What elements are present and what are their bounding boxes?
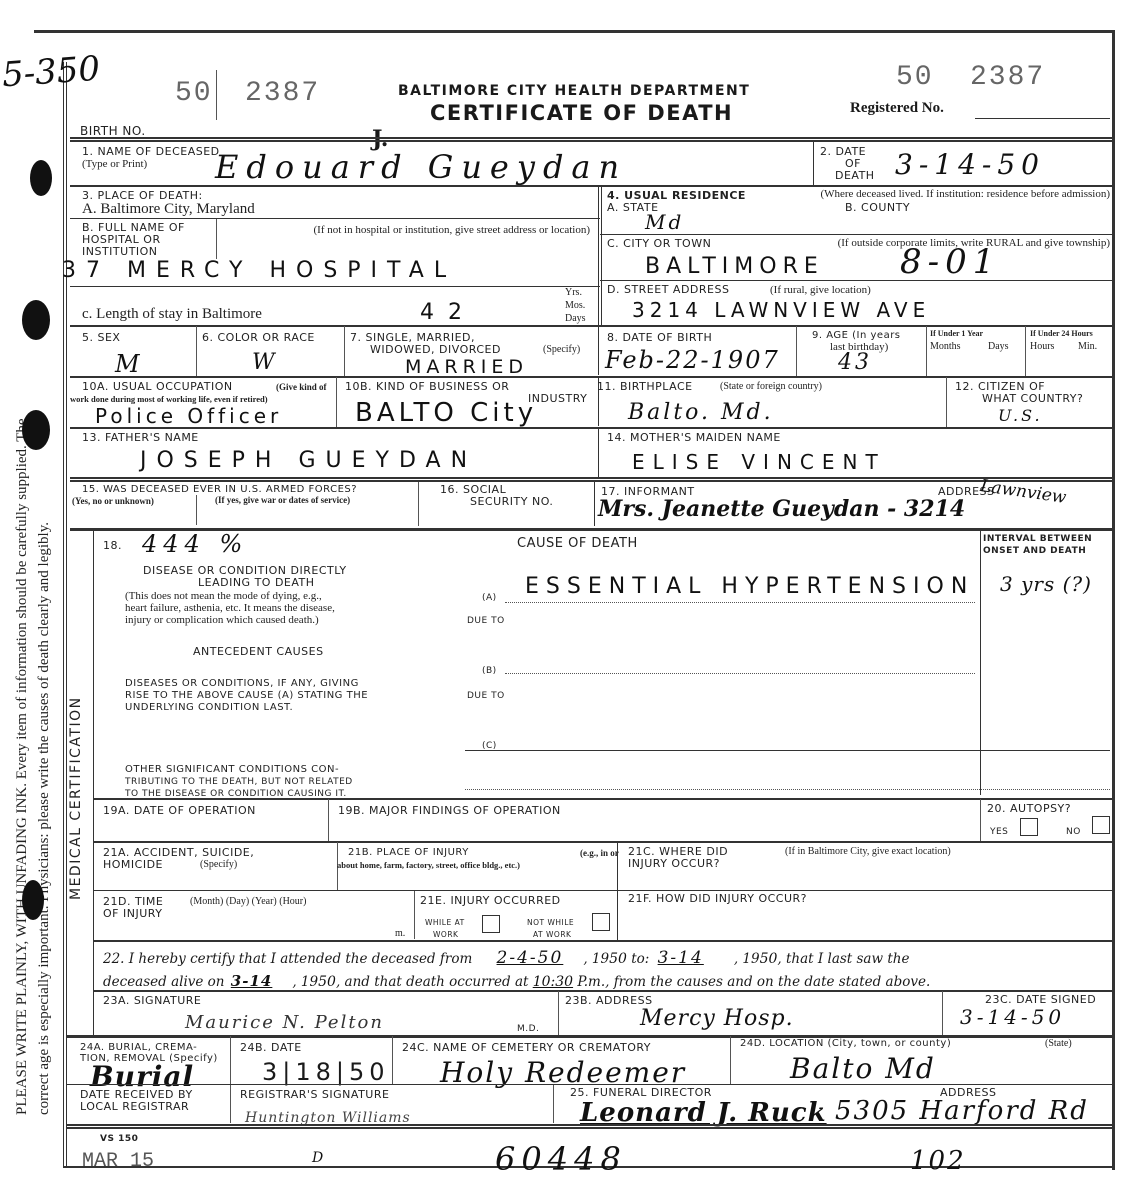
date-received-label-2: LOCAL REGISTRAR [80,1101,189,1113]
disease-note-2: heart failure, asthenia, etc. It means t… [125,602,335,614]
divider [980,530,981,795]
header-divider [70,137,1112,142]
birth-no-year: 50 [175,78,213,109]
divider [946,377,947,427]
certification-line-1: 22. I hereby certify that I attended the… [103,948,909,968]
burial-date-label: 24B. DATE [240,1042,302,1054]
registered-label: Registered No. [850,100,944,117]
divider [93,890,1112,891]
state-value[interactable]: Md [645,210,684,234]
antecedent-label: ANTECEDENT CAUSES [193,646,324,658]
date-signed-value[interactable]: 3-14-50 [960,1005,1065,1029]
received-stamp: MAR 15 [82,1150,154,1173]
under-1-year-label: If Under 1 Year [930,328,983,340]
conditions-line-2: RISE TO THE ABOVE CAUSE (A) STATING THE [125,690,368,702]
autopsy-yes-label: YES [990,826,1008,838]
divider [1025,326,1026,376]
certification-line-2: deceased alive on 3-14, 1950, and that d… [103,972,930,990]
marital-specify: (Specify) [543,344,580,356]
cause-b-line [505,673,975,674]
birth-no-label: BIRTH NO. [80,125,146,137]
divider [598,427,599,479]
divider [70,325,1112,327]
injury-d-columns: (Month) (Day) (Year) (Hour) [190,896,306,908]
divider [594,482,595,526]
business-label-1: 10B. KIND OF BUSINESS OR [345,381,509,393]
disease-note-1: (This does not mean the mode of dying, e… [125,590,322,602]
ward-value[interactable]: 8-01 [900,242,1000,282]
occupation-value[interactable]: Police Officer [95,404,282,428]
divider [70,185,1112,187]
divider [216,70,217,120]
divider [598,185,602,325]
injury-e-label: 21E. INJURY OCCURRED [420,895,561,907]
divider [558,991,559,1035]
date-of-death-value[interactable]: 3-14-50 [895,148,1045,181]
cert-text: , 19 [583,951,609,967]
medical-certification-label: MEDICAL CERTIFICATION [68,696,84,900]
divider [414,891,415,939]
cause-a-value[interactable]: ESSENTIAL HYPERTENSION [525,574,974,599]
residence-note: (Where deceased lived. If institution: r… [785,188,1110,200]
certificate-title: CERTIFICATE OF DEATH [430,101,733,125]
age-days-label: Days [988,341,1009,353]
injury-c-label-2: INJURY OCCUR? [628,858,720,870]
injury-c-note: (If in Baltimore City, give exact locati… [785,846,951,858]
autopsy-yes-checkbox[interactable] [1020,818,1038,836]
divider [70,218,600,219]
mother-label: 14. MOTHER'S MAIDEN NAME [607,432,781,444]
corner-handwritten-number: 5-350 [1,49,102,96]
attended-to-value[interactable]: 3-14 [654,948,734,968]
form-number: VS 150 [100,1133,138,1145]
name-value[interactable]: Edouard Gueydan [215,148,627,186]
other-line-2: TRIBUTING TO THE DEATH, BUT NOT RELATED [125,776,353,788]
divider [730,1036,731,1084]
not-while-at-work-checkbox[interactable] [592,913,610,931]
last-seen-year[interactable]: 50 [318,974,336,990]
stay-unit-mos: Mos. [565,300,585,312]
cemetery-label: 24C. NAME OF CEMETERY OR CREMATORY [402,1042,651,1054]
divider [942,991,943,1035]
birthplace-label: 11. BIRTHPLACE [597,381,693,393]
street-label: D. STREET ADDRESS [607,284,729,296]
birth-no-number: 2387 [245,78,320,109]
place-of-death-a: A. Baltimore City, Maryland [82,201,255,217]
cause-title: CAUSE OF DEATH [517,538,638,550]
divider [66,1124,1112,1129]
city-label: C. CITY OR TOWN [607,238,711,250]
father-label: 13. FATHER'S NAME [82,432,199,444]
mother-value[interactable]: ELISE VINCENT [632,450,886,474]
other-conditions-line [465,789,1110,790]
other-line-1: OTHER SIGNIFICANT CONDITIONS CON- [125,764,339,776]
divider [598,325,599,375]
footer-number: 60448 [495,1140,627,1178]
injury-b-note-2: about home, farm, factory, street, offic… [337,859,520,871]
ink-blot [22,300,50,340]
cert-text: 22. I hereby certify that I attended the… [103,951,472,967]
cert-text: to: [627,951,649,967]
cert-text: , 19 [292,974,318,990]
divider [617,842,618,940]
divider [418,482,419,526]
interval-value[interactable]: 3 yrs (?) [1000,572,1092,596]
divider [93,990,1112,992]
occupation-note-1: (Give kind of [276,381,327,393]
divider [600,234,1112,235]
attended-from-value[interactable]: 2-4-50 [477,948,584,968]
citizen-label-2: WHAT COUNTRY? [982,393,1083,405]
footer-number-2: 102 [910,1146,966,1176]
last-seen-value[interactable]: 3-14 [229,972,293,990]
side-instructions-line2: correct age is especially important. Phy… [36,522,53,1115]
birthplace-note: (State or foreign country) [720,381,822,393]
conditions-line-1: DISEASES OR CONDITIONS, IF ANY, GIVING [125,678,359,690]
cert-text: , 19 [734,951,760,967]
marital-label-2: WIDOWED, DIVORCED [370,344,501,356]
length-of-stay-value[interactable]: 42 [420,300,476,325]
ink-blot [22,410,50,450]
disease-line-2: LEADING TO DEATH [198,577,315,589]
disease-note-3: injury or complication which caused deat… [125,614,319,626]
signature-label: 23A. SIGNATURE [103,995,201,1007]
hospital-value[interactable]: 37 MERCY HOSPITAL [62,258,456,283]
name-sublabel: (Type or Print) [82,158,147,170]
operation-date-label: 19A. DATE OF OPERATION [103,805,256,817]
injury-d-m: m. [395,928,405,940]
department-name: BALTIMORE CITY HEALTH DEPARTMENT [398,83,750,99]
age-value[interactable]: 43 [838,350,872,375]
county-label: B. COUNTY [845,202,910,214]
divider [553,1085,554,1123]
divider [216,219,217,259]
sex-label: 5. SEX [82,332,120,344]
md-label: M.D. [517,1023,539,1035]
father-value[interactable]: JOSEPH GUEYDAN [140,448,477,473]
conditions-line-3: UNDERLYING CONDITION LAST. [125,702,293,714]
divider [93,798,1112,800]
autopsy-no-label: NO [1066,826,1081,838]
cause-a-label: (A) [482,592,497,604]
hospital-label-3: INSTITUTION [82,246,158,258]
stay-unit-days: Days [565,313,586,325]
sex-value[interactable]: M [115,350,143,378]
interval-label-1: INTERVAL BETWEEN [983,533,1092,545]
divider [336,377,337,427]
interval-label-2: ONSET AND DEATH [983,545,1086,557]
divider [70,286,600,287]
race-label: 6. COLOR OR RACE [202,332,315,344]
divider [980,799,981,841]
under-24-hours-label: If Under 24 Hours [1030,328,1093,340]
location-label: 24D. LOCATION (City, town, or county) [740,1038,951,1050]
operation-findings-label: 19B. MAJOR FINDINGS OF OPERATION [338,805,561,817]
dod-label-3: DEATH [835,170,875,182]
race-value[interactable]: W [252,350,278,375]
occupation-label: 10A. USUAL OCCUPATION [82,381,233,393]
armed-forces-note-1: (Yes, no or unknown) [72,495,154,507]
burial-date-value[interactable]: 3|18|50 [262,1058,390,1086]
frame-top [34,30,1114,33]
armed-forces-note-2: (If yes, give war or dates of service) [215,494,350,506]
frame-left [63,62,67,1167]
due-to-1: DUE TO [467,615,505,627]
dob-value[interactable]: Feb-22-1907 [605,346,780,374]
divider [328,799,329,841]
funeral-address-value[interactable]: 5305 Harford Rd [835,1096,1089,1126]
cause-a-line [505,602,975,603]
ink-blot [22,880,44,920]
divider [70,427,1112,429]
dob-label: 8. DATE OF BIRTH [607,332,712,344]
divider [344,326,345,376]
autopsy-label: 20. AUTOPSY? [987,803,1071,815]
informant-value[interactable]: Mrs. Jeanette Gueydan - 3214 [598,496,965,522]
divider [93,940,1112,942]
cause-code: 444 % [142,530,248,558]
frame-right [1112,30,1115,1170]
city-value[interactable]: BALTIMORE [645,254,824,279]
divider [392,1036,393,1084]
side-instructions-line1: PLEASE WRITE PLAINLY, WITH UNFADING INK.… [14,418,31,1115]
registered-number: 2387 [970,62,1045,93]
attended-from-year[interactable]: 50 [609,951,627,967]
due-to-2: DUE TO [467,690,505,702]
location-value[interactable]: Balto Md [790,1052,936,1085]
location-state-label: (State) [1045,1038,1072,1050]
injury-e-while-1: WHILE AT [425,917,465,929]
while-at-work-checkbox[interactable] [482,915,500,933]
injury-b-label: 21B. PLACE OF INJURY [348,847,469,859]
injury-a-label-2: HOMICIDE [103,859,163,871]
age-months-label: Months [930,341,961,353]
attended-to-year[interactable]: 50 [760,951,778,967]
injury-e-notwhile-1: NOT WHILE [527,917,574,929]
cert-text: deceased alive on [103,974,225,990]
name-label: 1. NAME OF DECEASED [82,146,220,158]
citizen-value[interactable]: U.S. [998,406,1043,425]
injury-f-label: 21F. HOW DID INJURY OCCUR? [628,893,807,905]
cert-text: P.m., from the causes and on the date st… [577,974,930,990]
divider [93,841,1112,843]
divider [230,1036,231,1084]
footer-mark: D [312,1150,326,1166]
injury-d-label-2: OF INJURY [103,908,162,920]
length-of-stay-label: c. Length of stay in Baltimore [82,306,262,322]
physician-signature[interactable]: Maurice N. Pelton [185,1012,384,1033]
injury-a-specify: (Specify) [200,859,237,871]
divider [93,530,94,1035]
injury-b-note-1: (e.g., in or [580,847,619,859]
age-min-label: Min. [1078,341,1097,353]
divider [196,326,197,376]
cause-number: 18. [103,540,122,552]
street-note: (If rural, give location) [770,284,871,296]
business-value[interactable]: BALTO City [355,398,537,428]
cause-c-line [465,750,1110,751]
stay-unit-yrs: Yrs. [565,287,582,299]
cert-text: , and that death occurred at [336,974,528,990]
registered-year: 50 [896,62,934,93]
divider [196,495,197,525]
hospital-note: (If not in hospital or institution, give… [240,224,590,236]
age-hours-label: Hours [1030,341,1054,353]
registrar-signature-label: REGISTRAR'S SIGNATURE [240,1089,389,1101]
divider [796,326,797,376]
registered-underline [975,118,1110,119]
cert-text: , that I last saw the [777,951,909,967]
divider [926,326,927,376]
ink-blot [30,160,52,196]
divider [70,477,1112,482]
autopsy-no-checkbox[interactable] [1092,816,1110,834]
divider [230,1085,231,1123]
cause-b-label: (B) [482,665,497,677]
street-value[interactable]: 3214 LAWNVIEW AVE [632,298,930,322]
divider [66,1035,1112,1038]
ssn-label-2: SECURITY NO. [470,496,553,508]
physician-address[interactable]: Mercy Hosp. [640,1006,794,1031]
divider [813,142,814,186]
divider [70,376,1112,378]
divider [66,1084,1112,1085]
death-time-value[interactable]: 10:30 [533,974,573,990]
birthplace-value[interactable]: Balto. Md. [628,400,774,425]
marital-value[interactable]: MARRIED [405,356,528,378]
divider [600,280,1112,281]
